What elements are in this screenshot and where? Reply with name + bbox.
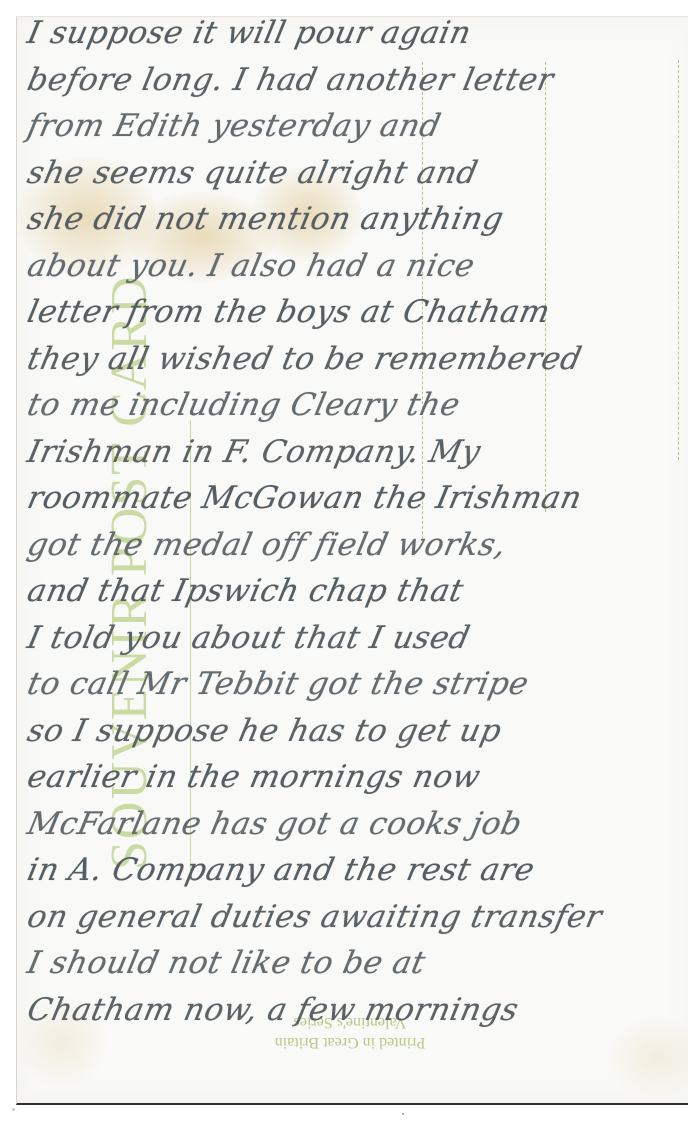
handwritten-line: I should not like to be at <box>23 940 688 987</box>
handwritten-line: to call Mr Tebbit got the stripe <box>23 661 688 708</box>
handwritten-message: I suppose it will pour again before long… <box>28 10 688 1033</box>
handwritten-line: got the medal off field works, <box>23 522 688 569</box>
handwritten-line: roommate McGowan the Irishman <box>23 475 688 522</box>
handwritten-line: McFarlane has got a cooks job <box>23 801 688 848</box>
handwritten-line: letter from the boys at Chatham <box>23 289 688 336</box>
handwritten-line: to me including Cleary the <box>23 382 688 429</box>
handwritten-line: I told you about that I used <box>23 615 688 662</box>
handwritten-line: Irishman in F. Company. My <box>23 429 688 476</box>
handwritten-line: she seems quite alright and <box>23 150 688 197</box>
publisher-line: Printed in Great Britain <box>250 1032 450 1052</box>
handwritten-line: they all wished to be remembered <box>23 336 688 383</box>
handwritten-line: and that Ipswich chap that <box>23 568 688 615</box>
speck <box>12 1108 15 1111</box>
handwritten-line: so I suppose he has to get up <box>23 708 688 755</box>
handwritten-line: in A. Company and the rest are <box>23 847 688 894</box>
handwritten-line: from Edith yesterday and <box>23 103 688 150</box>
handwritten-line: about you. I also had a nice <box>23 243 688 290</box>
handwritten-line: on general duties awaiting transfer <box>23 894 688 941</box>
handwritten-line: earlier in the mornings now <box>23 754 688 801</box>
handwritten-line: I suppose it will pour again <box>23 10 688 57</box>
handwritten-line: she did not mention anything <box>23 196 688 243</box>
handwritten-line: before long. I had another letter <box>23 57 688 104</box>
speck <box>402 1113 404 1115</box>
handwritten-line: Chatham now, a few mornings <box>23 987 688 1034</box>
